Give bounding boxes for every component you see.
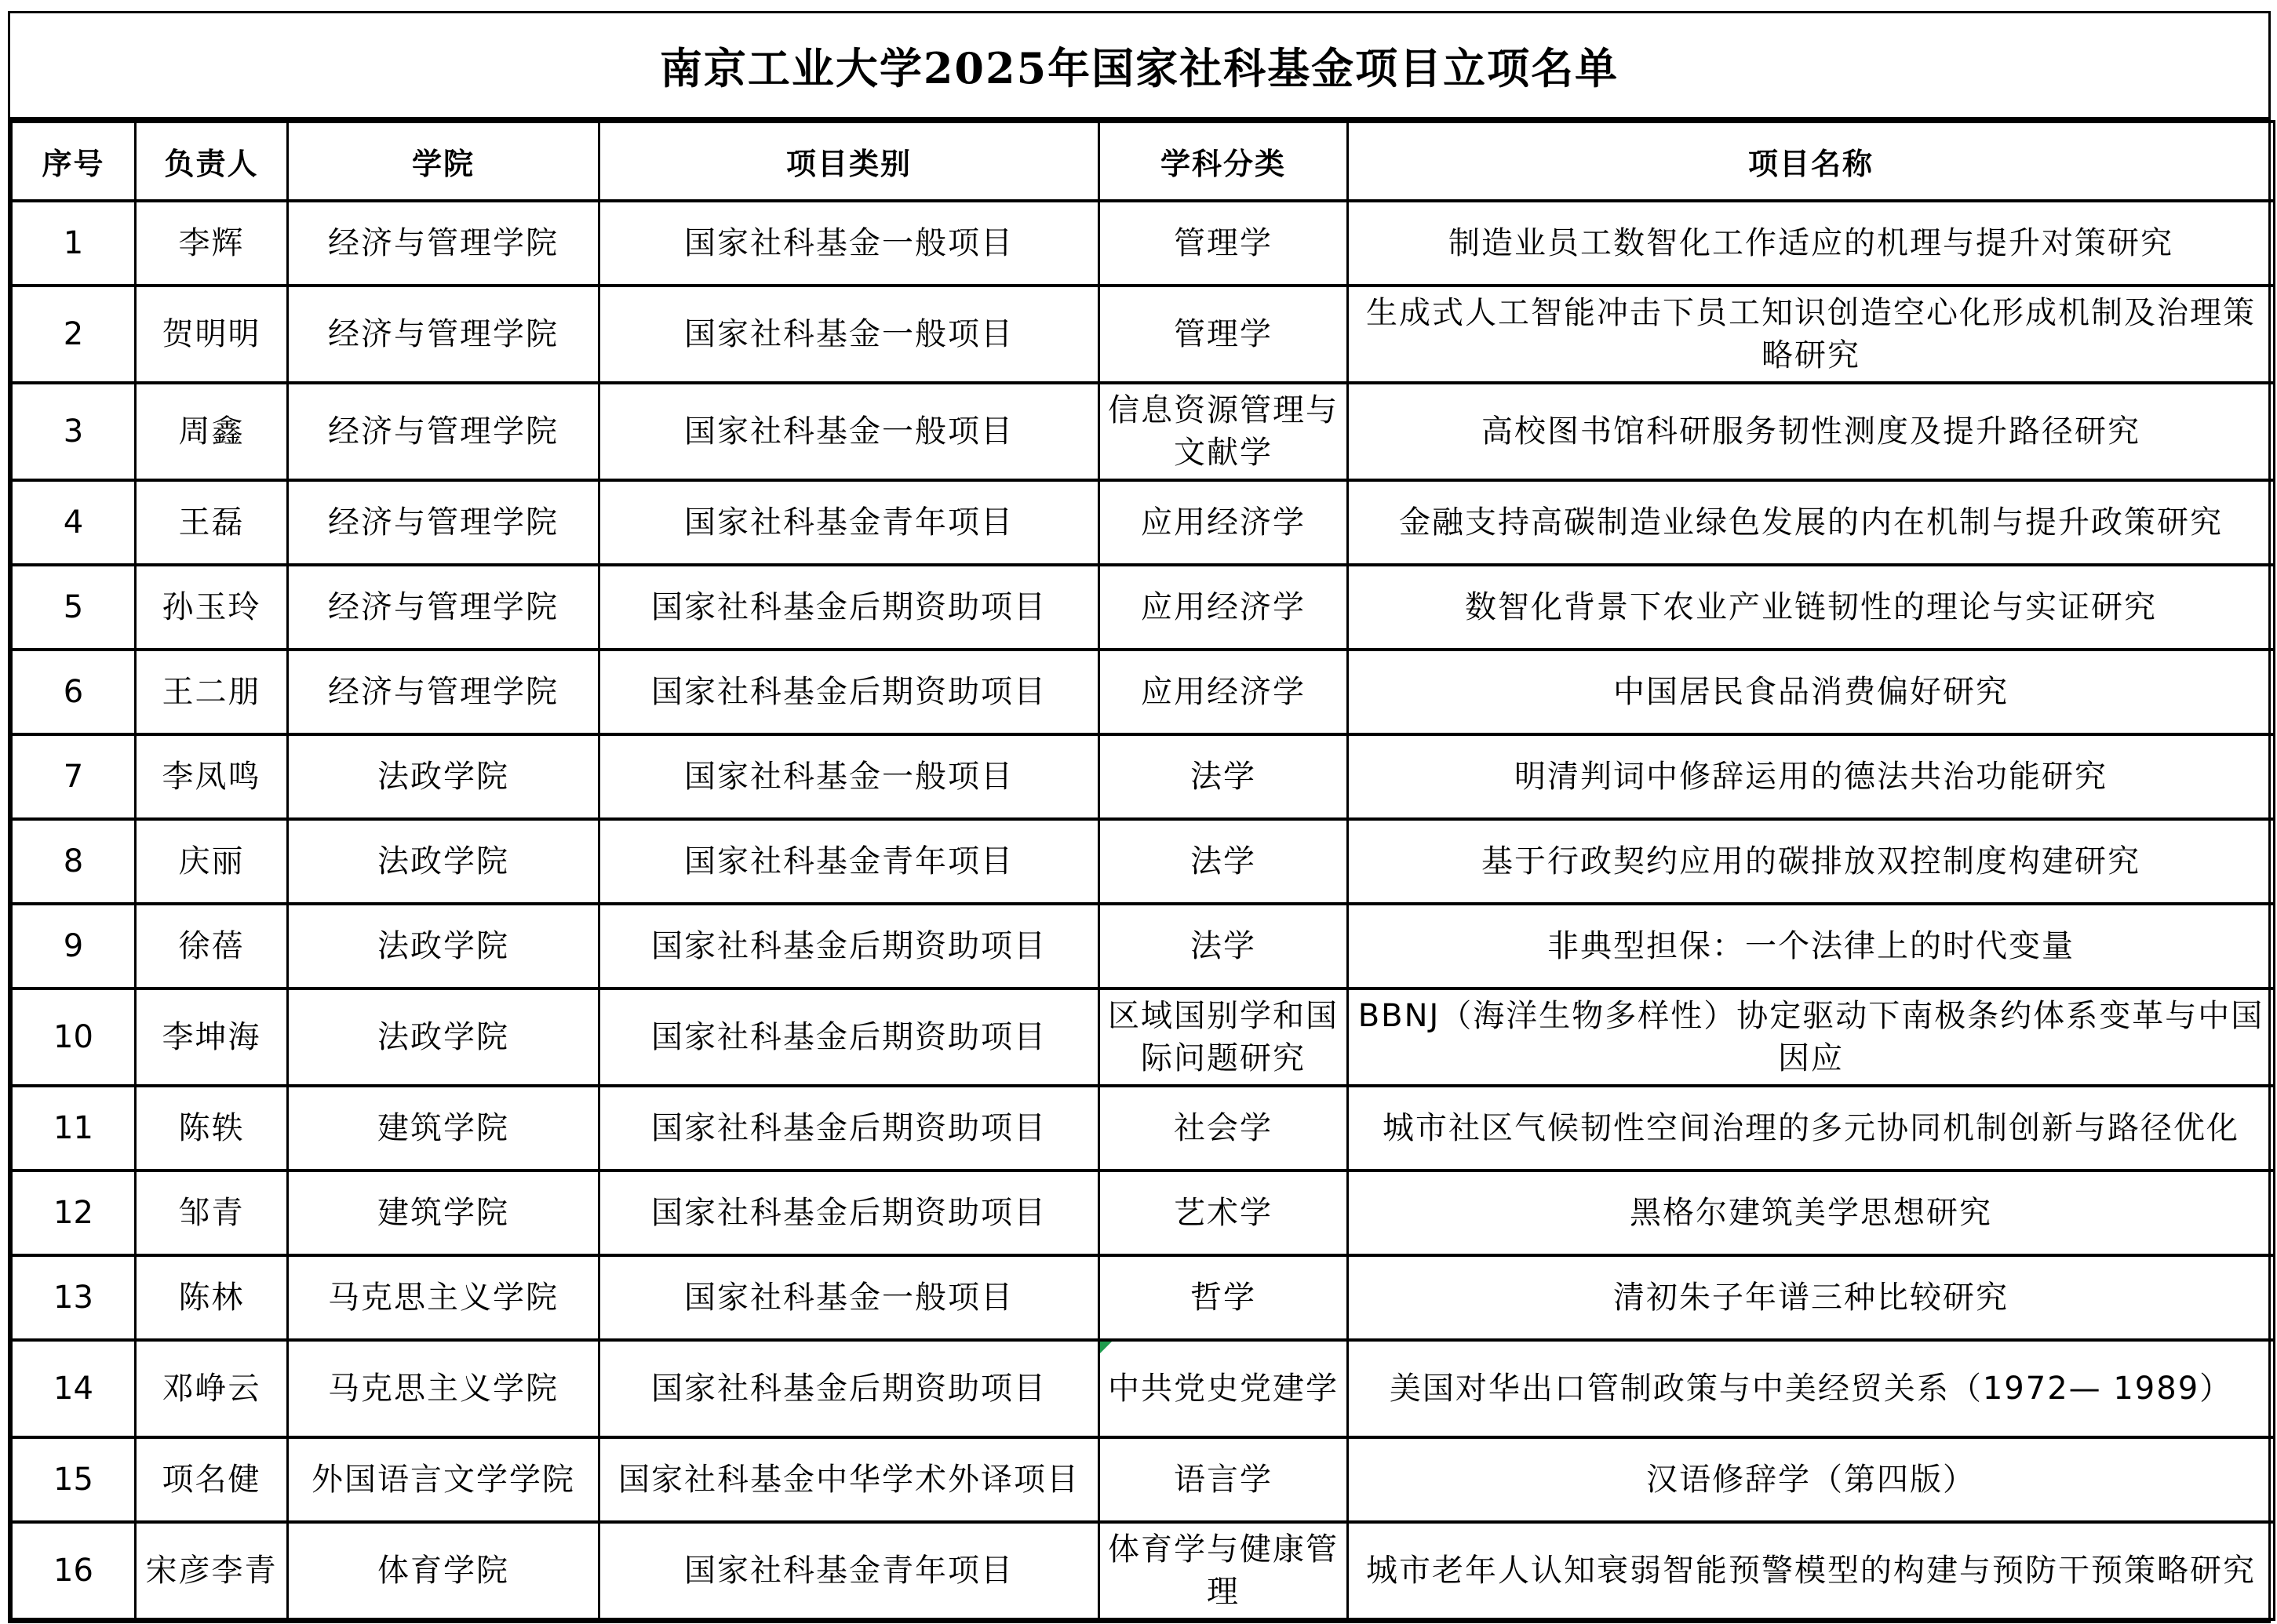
column-header-serial: 序号 (12, 122, 136, 201)
cell-error-indicator-triangle-icon (1100, 1342, 1112, 1353)
cell-pi: 邓峥云 (136, 1340, 288, 1437)
cell-pi: 李辉 (136, 201, 288, 286)
cell-college: 马克思主义学院 (288, 1340, 599, 1437)
cell-college: 经济与管理学院 (288, 565, 599, 650)
cell-project: 美国对华出口管制政策与中美经贸关系（1972— 1989） (1348, 1340, 2275, 1437)
table-header: 序号 负责人 学院 项目类别 学科分类 项目名称 (12, 122, 2275, 201)
cell-category: 国家社科基金后期资助项目 (599, 565, 1099, 650)
cell-discipline: 管理学 (1099, 286, 1348, 383)
cell-discipline: 语言学 (1099, 1437, 1348, 1522)
table-body: 1李辉经济与管理学院国家社科基金一般项目管理学制造业员工数智化工作适应的机理与提… (12, 201, 2275, 1619)
table-row: 11陈轶建筑学院国家社科基金后期资助项目社会学城市社区气候韧性空间治理的多元协同… (12, 1086, 2275, 1171)
cell-serial: 16 (12, 1522, 136, 1619)
cell-college: 经济与管理学院 (288, 201, 599, 286)
cell-project: 明清判词中修辞运用的德法共治功能研究 (1348, 734, 2275, 819)
cell-project: 高校图书馆科研服务韧性测度及提升路径研究 (1348, 383, 2275, 480)
table-row: 15项名健外国语言文学学院国家社科基金中华学术外译项目语言学汉语修辞学（第四版） (12, 1437, 2275, 1522)
cell-discipline: 应用经济学 (1099, 480, 1348, 565)
cell-discipline: 信息资源管理与文献学 (1099, 383, 1348, 480)
cell-category: 国家社科基金后期资助项目 (599, 1086, 1099, 1171)
table-row: 6王二朋经济与管理学院国家社科基金后期资助项目应用经济学中国居民食品消费偏好研究 (12, 650, 2275, 734)
cell-college: 法政学院 (288, 904, 599, 989)
cell-serial: 15 (12, 1437, 136, 1522)
table-row: 13陈林马克思主义学院国家社科基金一般项目哲学清初朱子年谱三种比较研究 (12, 1255, 2275, 1340)
cell-serial: 12 (12, 1171, 136, 1255)
cell-project: BBNJ（海洋生物多样性）协定驱动下南极条约体系变革与中国因应 (1348, 989, 2275, 1086)
cell-category: 国家社科基金后期资助项目 (599, 1340, 1099, 1437)
cell-category: 国家社科基金中华学术外译项目 (599, 1437, 1099, 1522)
cell-pi: 贺明明 (136, 286, 288, 383)
cell-project: 生成式人工智能冲击下员工知识创造空心化形成机制及治理策略研究 (1348, 286, 2275, 383)
cell-college: 经济与管理学院 (288, 480, 599, 565)
cell-discipline: 哲学 (1099, 1255, 1348, 1340)
table-row: 16宋彦李青体育学院国家社科基金青年项目体育学与健康管理城市老年人认知衰弱智能预… (12, 1522, 2275, 1619)
cell-pi: 邹青 (136, 1171, 288, 1255)
cell-pi: 王二朋 (136, 650, 288, 734)
column-header-category: 项目类别 (599, 122, 1099, 201)
cell-project: 中国居民食品消费偏好研究 (1348, 650, 2275, 734)
table-row: 5孙玉玲经济与管理学院国家社科基金后期资助项目应用经济学数智化背景下农业产业链韧… (12, 565, 2275, 650)
cell-pi: 项名健 (136, 1437, 288, 1522)
cell-project: 清初朱子年谱三种比较研究 (1348, 1255, 2275, 1340)
cell-category: 国家社科基金一般项目 (599, 1255, 1099, 1340)
cell-serial: 13 (12, 1255, 136, 1340)
cell-serial: 5 (12, 565, 136, 650)
cell-discipline: 法学 (1099, 904, 1348, 989)
cell-serial: 6 (12, 650, 136, 734)
cell-serial: 9 (12, 904, 136, 989)
cell-discipline: 法学 (1099, 734, 1348, 819)
cell-college: 法政学院 (288, 989, 599, 1086)
cell-pi: 王磊 (136, 480, 288, 565)
cell-discipline: 艺术学 (1099, 1171, 1348, 1255)
table-row: 8庆丽法政学院国家社科基金青年项目法学基于行政契约应用的碳排放双控制度构建研究 (12, 819, 2275, 904)
cell-category: 国家社科基金青年项目 (599, 480, 1099, 565)
cell-discipline: 法学 (1099, 819, 1348, 904)
cell-category: 国家社科基金一般项目 (599, 383, 1099, 480)
cell-discipline: 中共党史党建学 (1099, 1340, 1348, 1437)
cell-pi: 宋彦李青 (136, 1522, 288, 1619)
cell-discipline: 应用经济学 (1099, 650, 1348, 734)
cell-project: 金融支持高碳制造业绿色发展的内在机制与提升政策研究 (1348, 480, 2275, 565)
table-row: 1李辉经济与管理学院国家社科基金一般项目管理学制造业员工数智化工作适应的机理与提… (12, 201, 2275, 286)
cell-category: 国家社科基金一般项目 (599, 201, 1099, 286)
cell-category: 国家社科基金后期资助项目 (599, 989, 1099, 1086)
cell-serial: 7 (12, 734, 136, 819)
cell-pi: 孙玉玲 (136, 565, 288, 650)
cell-serial: 10 (12, 989, 136, 1086)
cell-project: 数智化背景下农业产业链韧性的理论与实证研究 (1348, 565, 2275, 650)
cell-serial: 1 (12, 201, 136, 286)
projects-table: 序号 负责人 学院 项目类别 学科分类 项目名称 1李辉经济与管理学院国家社科基… (10, 120, 2275, 1621)
cell-serial: 14 (12, 1340, 136, 1437)
cell-college: 经济与管理学院 (288, 650, 599, 734)
table-row: 4王磊经济与管理学院国家社科基金青年项目应用经济学金融支持高碳制造业绿色发展的内… (12, 480, 2275, 565)
table-row: 12邹青建筑学院国家社科基金后期资助项目艺术学黑格尔建筑美学思想研究 (12, 1171, 2275, 1255)
cell-project: 汉语修辞学（第四版） (1348, 1437, 2275, 1522)
page-title: 南京工业大学2025年国家社科基金项目立项名单 (10, 13, 2268, 120)
cell-category: 国家社科基金后期资助项目 (599, 1171, 1099, 1255)
cell-college: 经济与管理学院 (288, 383, 599, 480)
cell-college: 体育学院 (288, 1522, 599, 1619)
table-row: 10李坤海法政学院国家社科基金后期资助项目区域国别学和国际问题研究BBNJ（海洋… (12, 989, 2275, 1086)
cell-project: 基于行政契约应用的碳排放双控制度构建研究 (1348, 819, 2275, 904)
cell-pi: 陈林 (136, 1255, 288, 1340)
table-row: 9徐蓓法政学院国家社科基金后期资助项目法学非典型担保：一个法律上的时代变量 (12, 904, 2275, 989)
cell-college: 法政学院 (288, 734, 599, 819)
cell-category: 国家社科基金后期资助项目 (599, 904, 1099, 989)
cell-project: 城市老年人认知衰弱智能预警模型的构建与预防干预策略研究 (1348, 1522, 2275, 1619)
cell-project: 黑格尔建筑美学思想研究 (1348, 1171, 2275, 1255)
cell-category: 国家社科基金青年项目 (599, 819, 1099, 904)
cell-category: 国家社科基金后期资助项目 (599, 650, 1099, 734)
cell-college: 外国语言文学学院 (288, 1437, 599, 1522)
cell-project: 制造业员工数智化工作适应的机理与提升对策研究 (1348, 201, 2275, 286)
column-header-pi: 负责人 (136, 122, 288, 201)
cell-serial: 2 (12, 286, 136, 383)
projects-table-sheet: 南京工业大学2025年国家社科基金项目立项名单 序号 负责人 学院 项目类别 学… (8, 11, 2271, 1623)
column-header-project: 项目名称 (1348, 122, 2275, 201)
cell-pi: 庆丽 (136, 819, 288, 904)
cell-serial: 8 (12, 819, 136, 904)
table-header-row: 序号 负责人 学院 项目类别 学科分类 项目名称 (12, 122, 2275, 201)
cell-college: 经济与管理学院 (288, 286, 599, 383)
cell-college: 建筑学院 (288, 1086, 599, 1171)
cell-discipline: 区域国别学和国际问题研究 (1099, 989, 1348, 1086)
table-row: 14邓峥云马克思主义学院国家社科基金后期资助项目中共党史党建学美国对华出口管制政… (12, 1340, 2275, 1437)
cell-college: 法政学院 (288, 819, 599, 904)
cell-pi: 李凤鸣 (136, 734, 288, 819)
cell-discipline: 管理学 (1099, 201, 1348, 286)
table-row: 7李凤鸣法政学院国家社科基金一般项目法学明清判词中修辞运用的德法共治功能研究 (12, 734, 2275, 819)
cell-pi: 周鑫 (136, 383, 288, 480)
cell-category: 国家社科基金青年项目 (599, 1522, 1099, 1619)
cell-project: 非典型担保：一个法律上的时代变量 (1348, 904, 2275, 989)
cell-project: 城市社区气候韧性空间治理的多元协同机制创新与路径优化 (1348, 1086, 2275, 1171)
table-row: 3周鑫经济与管理学院国家社科基金一般项目信息资源管理与文献学高校图书馆科研服务韧… (12, 383, 2275, 480)
cell-discipline: 应用经济学 (1099, 565, 1348, 650)
cell-serial: 4 (12, 480, 136, 565)
column-header-college: 学院 (288, 122, 599, 201)
table-row: 2贺明明经济与管理学院国家社科基金一般项目管理学生成式人工智能冲击下员工知识创造… (12, 286, 2275, 383)
cell-category: 国家社科基金一般项目 (599, 286, 1099, 383)
cell-discipline: 社会学 (1099, 1086, 1348, 1171)
cell-serial: 3 (12, 383, 136, 480)
cell-pi: 陈轶 (136, 1086, 288, 1171)
cell-college: 建筑学院 (288, 1171, 599, 1255)
cell-serial: 11 (12, 1086, 136, 1171)
cell-discipline: 体育学与健康管理 (1099, 1522, 1348, 1619)
column-header-discipline: 学科分类 (1099, 122, 1348, 201)
cell-pi: 李坤海 (136, 989, 288, 1086)
cell-category: 国家社科基金一般项目 (599, 734, 1099, 819)
cell-pi: 徐蓓 (136, 904, 288, 989)
cell-college: 马克思主义学院 (288, 1255, 599, 1340)
